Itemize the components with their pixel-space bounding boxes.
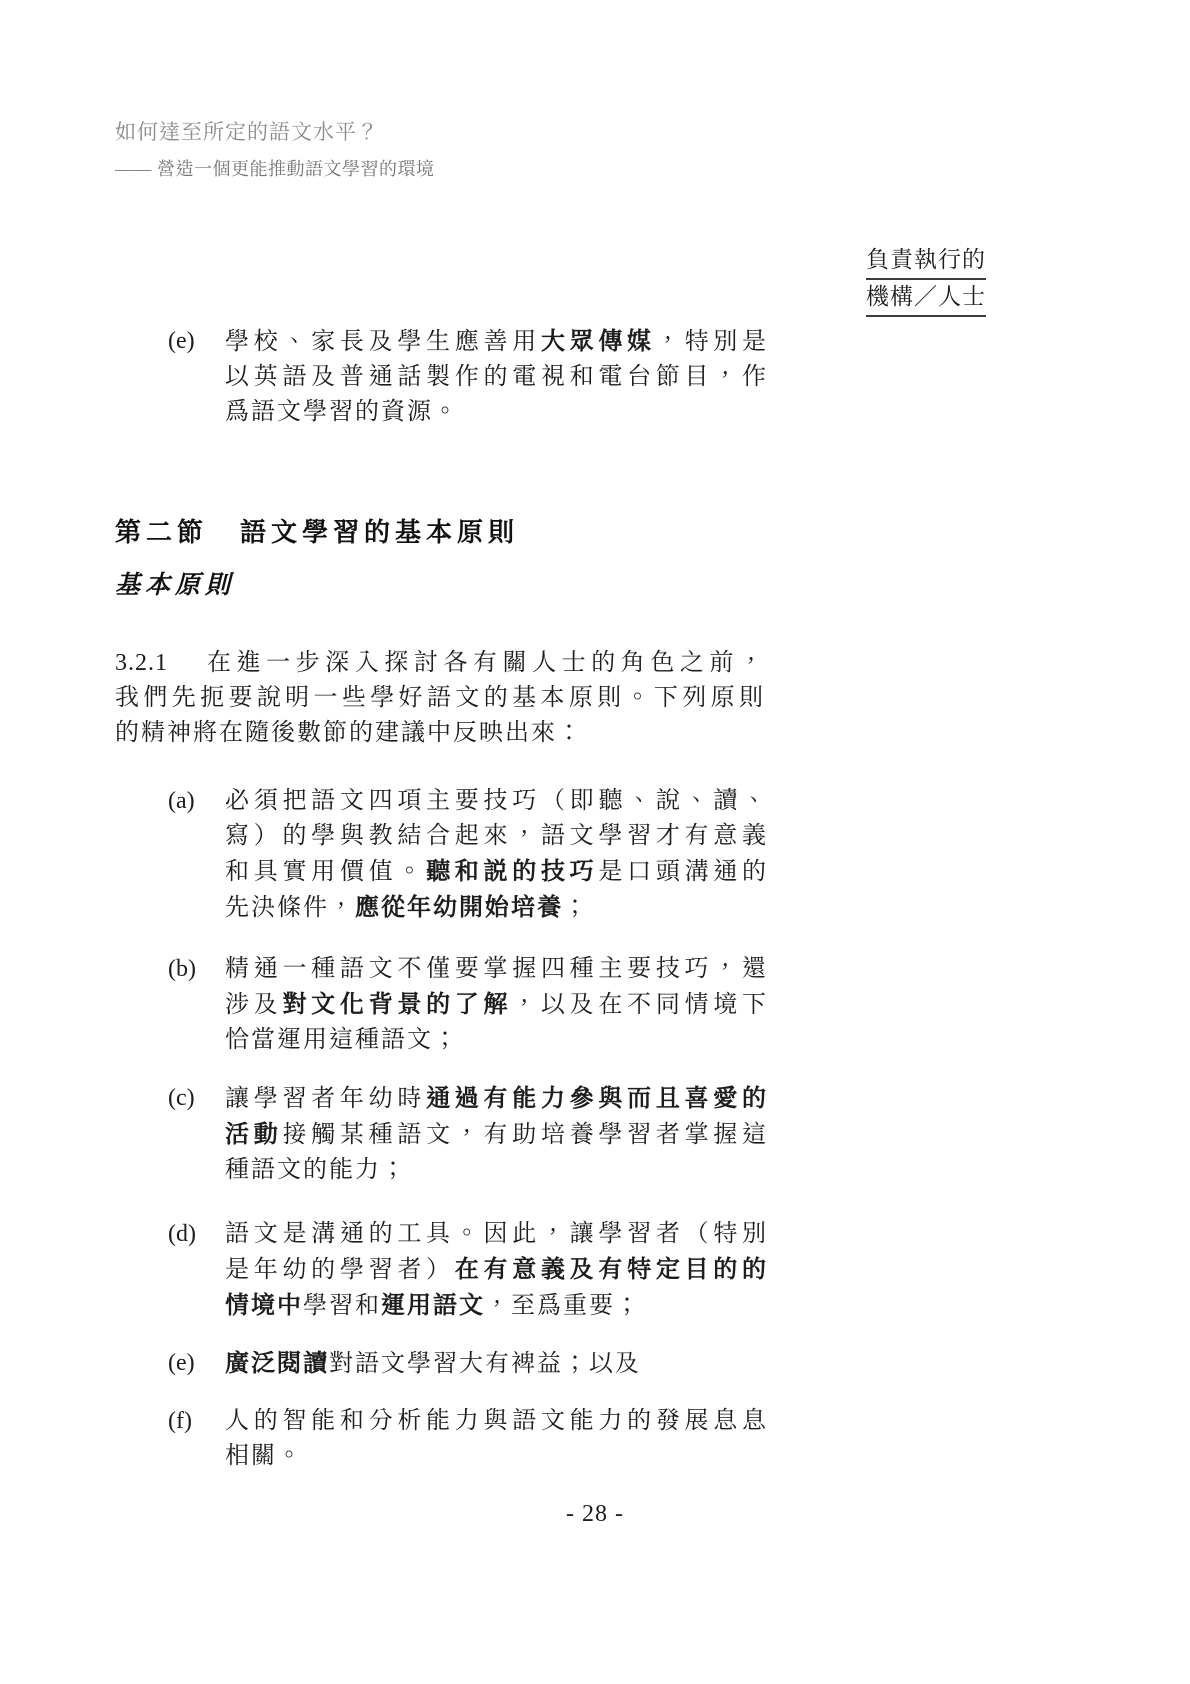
bold-run: 通過有能力參與而且喜愛的: [426, 1085, 768, 1112]
text-run: ，特別是: [656, 329, 768, 355]
text-run: 學校、家長及學生應善用: [225, 329, 541, 355]
list-item-body: 語文是溝通的工具。因此，讓學習者（特別是年幼的學習者）在有意義及有特定目的的情境…: [225, 1217, 768, 1324]
list-item-body: 廣泛閱讀對語文學習大有裨益；以及: [225, 1346, 768, 1382]
text-run: 和具實用價值。: [225, 859, 426, 885]
text-line: 讓學習者年幼時通過有能力參與而且喜愛的: [225, 1081, 768, 1117]
text-run: 精通一種語文不僅要掌握四種主要技巧，還: [225, 956, 768, 982]
text-run: 是口頭溝通的: [598, 859, 768, 885]
text-run: 恰當運用這種語文；: [225, 1027, 459, 1053]
responsible-party-line: 機構／人士: [866, 280, 1066, 317]
text-run: 語文是溝通的工具。因此，讓學習者（特別: [225, 1221, 768, 1247]
text-line: 廣泛閱讀對語文學習大有裨益；以及: [225, 1346, 768, 1382]
list-item-d: (d) 語文是溝通的工具。因此，讓學習者（特別是年幼的學習者）在有意義及有特定目…: [168, 1217, 768, 1324]
paragraph-first-line: 3.2.1 在進一步深入探討各有關人士的角色之前，: [115, 646, 765, 681]
list-item-e-reading: (e) 廣泛閱讀對語文學習大有裨益；以及: [168, 1346, 768, 1382]
text-line: 活動接觸某種語文，有助培養學習者掌握這: [225, 1117, 768, 1153]
section-heading: 第二節語文學習的基本原則: [115, 514, 519, 550]
text-line: 恰當運用這種語文；: [225, 1023, 768, 1058]
text-run: 我們先扼要說明一些學好語文的基本原則。下列原則: [115, 685, 765, 711]
bold-run: 活動: [225, 1121, 282, 1148]
text-run: ，至爲重要；: [485, 1293, 641, 1319]
bold-run: 運用語文: [381, 1292, 485, 1319]
list-marker: (f): [168, 1404, 225, 1439]
text-line: 必須把語文四項主要技巧（即聽、說、讀、: [225, 784, 768, 819]
text-line: 相關。: [225, 1439, 768, 1474]
text-line: 學校、家長及學生應善用大眾傳媒，特別是: [225, 324, 768, 360]
text-run: 爲語文學習的資源。: [225, 399, 459, 425]
list-marker: (b): [168, 952, 225, 987]
list-marker: (c): [168, 1081, 225, 1116]
text-run: 在進一步深入探討各有關人士的角色之前，: [207, 650, 765, 676]
text-line: 人的智能和分析能力與語文能力的發展息息: [225, 1404, 768, 1439]
text-run: 涉及: [225, 992, 282, 1018]
list-item-body: 人的智能和分析能力與語文能力的發展息息相關。: [225, 1404, 768, 1474]
text-line: 種語文的能力；: [225, 1153, 768, 1188]
text-run: ，以及在不同情境下: [512, 992, 768, 1018]
document-page: 如何達至所定的語文水平？ —— 營造一個更能推動語文學習的環境 負責執行的 機構…: [0, 0, 1190, 1684]
text-line: 爲語文學習的資源。: [225, 395, 768, 430]
list-marker: (e): [168, 324, 225, 359]
list-item-e-mass-media: (e) 學校、家長及學生應善用大眾傳媒，特別是以英語及普通話製作的電視和電台節目…: [168, 324, 768, 430]
text-line: 的精神將在隨後數節的建議中反映出來：: [115, 716, 765, 751]
list-marker: (d): [168, 1217, 225, 1252]
paragraph-number: 3.2.1: [115, 646, 207, 681]
running-header-subtitle: —— 營造一個更能推動語文學習的環境: [115, 156, 435, 182]
text-line: 是年幼的學習者）在有意義及有特定目的的: [225, 1252, 768, 1288]
bold-run: 應從年幼開始培養: [355, 894, 563, 921]
text-line: 涉及對文化背景的了解，以及在不同情境下: [225, 987, 768, 1023]
bold-run: 情境中: [225, 1292, 303, 1319]
text-line: 精通一種語文不僅要掌握四種主要技巧，還: [225, 952, 768, 987]
text-line: 和具實用價值。聽和説的技巧是口頭溝通的: [225, 854, 768, 890]
text-run: ；: [563, 895, 589, 921]
underlined-text: 機構／人士: [866, 280, 986, 317]
text-line: 語文是溝通的工具。因此，讓學習者（特別: [225, 1217, 768, 1252]
text-line: 先決條件，應從年幼開始培養；: [225, 890, 768, 926]
bold-run: 聽和説的技巧: [426, 858, 598, 885]
text-line: 在進一步深入探討各有關人士的角色之前，: [207, 646, 765, 681]
text-line: 以英語及普通話製作的電視和電台節目，作: [225, 360, 768, 395]
text-run: 學習和: [303, 1293, 381, 1319]
subsection-heading: 基本原則: [115, 567, 235, 603]
bold-run: 在有意義及有特定目的的: [455, 1256, 768, 1283]
running-header: 如何達至所定的語文水平？ —— 營造一個更能推動語文學習的環境: [115, 117, 435, 182]
bold-run: 大眾傳媒: [541, 328, 656, 355]
list-item-c: (c) 讓學習者年幼時通過有能力參與而且喜愛的活動接觸某種語文，有助培養學習者掌…: [168, 1081, 768, 1188]
text-run: 接觸某種語文，有助培養學習者掌握這: [282, 1122, 768, 1148]
underlined-text: 負責執行的: [866, 243, 986, 280]
text-line: 我們先扼要說明一些學好語文的基本原則。下列原則: [115, 681, 765, 716]
text-run: 的精神將在隨後數節的建議中反映出來：: [115, 720, 583, 746]
bold-run: 廣泛閱讀: [225, 1350, 329, 1377]
list-item-body: 必須把語文四項主要技巧（即聽、說、讀、寫）的學與教結合起來，語文學習才有意義和具…: [225, 784, 768, 926]
bold-run: 對文化背景的了解: [282, 991, 512, 1018]
list-item-body: 讓學習者年幼時通過有能力參與而且喜愛的活動接觸某種語文，有助培養學習者掌握這種語…: [225, 1081, 768, 1188]
list-item-a: (a) 必須把語文四項主要技巧（即聽、說、讀、寫）的學與教結合起來，語文學習才有…: [168, 784, 768, 926]
responsible-party-column-heading: 負責執行的 機構／人士: [866, 243, 1066, 317]
running-header-title: 如何達至所定的語文水平？: [115, 117, 435, 147]
responsible-party-line: 負責執行的: [866, 243, 1066, 280]
page-number: - 28 -: [0, 1498, 1190, 1530]
text-run: 是年幼的學習者）: [225, 1257, 455, 1283]
section-title: 語文學習的基本原則: [240, 517, 519, 547]
section-number: 第二節: [115, 517, 208, 547]
text-run: 先決條件，: [225, 895, 355, 921]
paragraph-3-2-1: 3.2.1 在進一步深入探討各有關人士的角色之前， 我們先扼要說明一些學好語文的…: [115, 646, 765, 751]
text-line: 寫）的學與教結合起來，語文學習才有意義: [225, 819, 768, 854]
text-run: 以英語及普通話製作的電視和電台節目，作: [225, 364, 768, 390]
text-run: 必須把語文四項主要技巧（即聽、說、讀、: [225, 788, 768, 814]
text-run: 寫）的學與教結合起來，語文學習才有意義: [225, 823, 768, 849]
text-run: 讓學習者年幼時: [225, 1086, 426, 1112]
text-line: 情境中學習和運用語文，至爲重要；: [225, 1288, 768, 1324]
list-marker: (a): [168, 784, 225, 819]
list-item-body: 學校、家長及學生應善用大眾傳媒，特別是以英語及普通話製作的電視和電台節目，作爲語…: [225, 324, 768, 430]
list-item-b: (b) 精通一種語文不僅要掌握四種主要技巧，還涉及對文化背景的了解，以及在不同情…: [168, 952, 768, 1058]
paragraph-rest-lines: 我們先扼要說明一些學好語文的基本原則。下列原則的精神將在隨後數節的建議中反映出來…: [115, 681, 765, 751]
text-run: 人的智能和分析能力與語文能力的發展息息: [225, 1408, 768, 1434]
list-item-f: (f) 人的智能和分析能力與語文能力的發展息息相關。: [168, 1404, 768, 1474]
list-marker: (e): [168, 1346, 225, 1381]
text-run: 相關。: [225, 1443, 303, 1469]
list-item-body: 精通一種語文不僅要掌握四種主要技巧，還涉及對文化背景的了解，以及在不同情境下恰當…: [225, 952, 768, 1058]
text-run: 對語文學習大有裨益；以及: [329, 1351, 641, 1377]
text-run: 種語文的能力；: [225, 1157, 407, 1183]
